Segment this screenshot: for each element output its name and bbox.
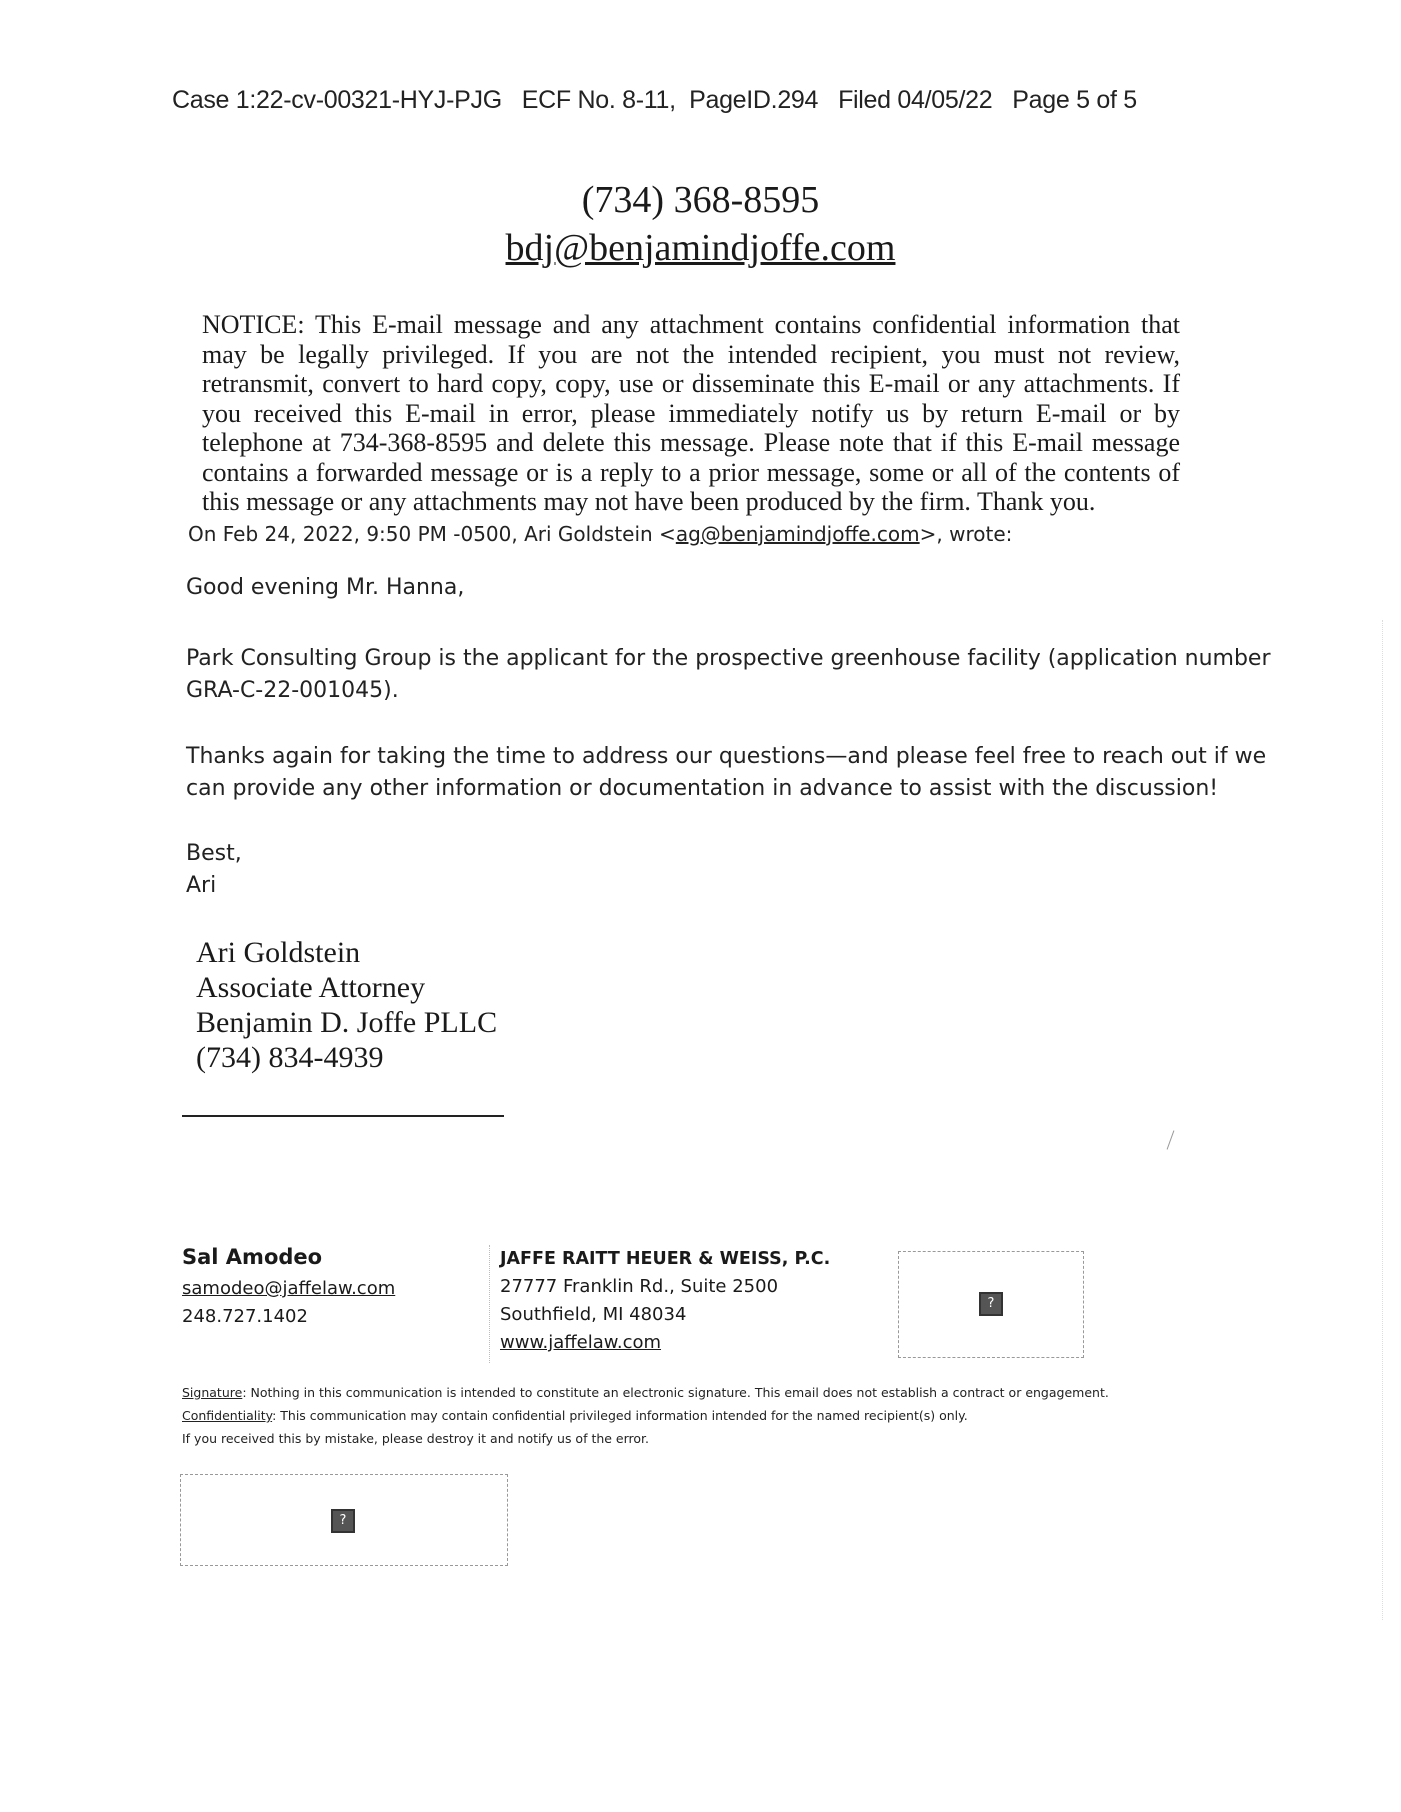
paragraph-1-line-2: GRA-C-22-001045).	[186, 675, 1271, 707]
scan-edge-artifact	[1382, 620, 1383, 1620]
footer-address-line-1: 27777 Franklin Rd., Suite 2500	[500, 1273, 830, 1301]
top-email-text[interactable]: bdj@benjamindjoffe.com	[506, 227, 896, 269]
signature-title: Associate Attorney	[196, 970, 497, 1005]
signature-name: Ari Goldstein	[196, 935, 497, 970]
signature-firm: Benjamin D. Joffe PLLC	[196, 1005, 497, 1040]
signature-disclaimer-text: : Nothing in this communication is inten…	[242, 1385, 1109, 1400]
footer-firm-name: JAFFE RAITT HEUER & WEISS, P.C.	[500, 1245, 830, 1273]
broken-image-icon: ?	[331, 1509, 355, 1533]
quoted-header-prefix: On Feb 24, 2022, 9:50 PM -0500, Ari Gold…	[188, 522, 676, 546]
top-email-link[interactable]: bdj@benjamindjoffe.com	[0, 226, 1401, 270]
broken-image-icon: ?	[979, 1292, 1003, 1316]
paragraph-1-line-1: Park Consulting Group is the applicant f…	[186, 643, 1271, 675]
case-header: Case 1:22-cv-00321-HYJ-PJG ECF No. 8-11,…	[172, 86, 1137, 115]
sender-short-name: Ari	[186, 870, 242, 902]
footer-website-link[interactable]: www.jaffelaw.com	[500, 1329, 830, 1357]
paragraph-2-line-2: can provide any other information or doc…	[186, 773, 1266, 805]
confidentiality-notice: NOTICE: This E-mail message and any atta…	[202, 310, 1180, 517]
footer-email-link[interactable]: samodeo@jaffelaw.com	[182, 1275, 395, 1303]
footer-contact-details: samodeo@jaffelaw.com 248.727.1402	[182, 1275, 395, 1331]
footer-column-divider	[489, 1245, 490, 1363]
signature-disclaimer: Signature: Nothing in this communication…	[182, 1381, 1109, 1404]
paragraph-1: Park Consulting Group is the applicant f…	[186, 643, 1271, 707]
footer-address-line-2: Southfield, MI 48034	[500, 1301, 830, 1329]
greeting: Good evening Mr. Hanna,	[186, 572, 464, 604]
closing-block: Best, Ari	[186, 838, 242, 902]
quoted-header-suffix: >, wrote:	[920, 522, 1013, 546]
footer-banner-placeholder: ?	[180, 1474, 508, 1566]
confidentiality-disclaimer-label: Confidentiality	[182, 1408, 272, 1423]
top-phone: (734) 368-8595	[0, 178, 1401, 222]
quoted-header: On Feb 24, 2022, 9:50 PM -0500, Ari Gold…	[188, 518, 1012, 550]
footer-disclaimers: Signature: Nothing in this communication…	[182, 1381, 1109, 1450]
signature-phone: (734) 834-4939	[196, 1040, 497, 1075]
confidentiality-disclaimer: Confidentiality: This communication may …	[182, 1404, 1109, 1427]
confidentiality-disclaimer-text: : This communication may contain confide…	[272, 1408, 968, 1423]
signature-divider	[182, 1115, 504, 1117]
signature-disclaimer-label: Signature	[182, 1385, 242, 1400]
email-signature: Ari Goldstein Associate Attorney Benjami…	[196, 935, 497, 1075]
paragraph-2: Thanks again for taking the time to addr…	[186, 741, 1266, 805]
footer-contact-name: Sal Amodeo	[182, 1245, 322, 1269]
scan-artifact-mark	[1167, 1130, 1175, 1149]
footer-phone: 248.727.1402	[182, 1303, 395, 1331]
quoted-sender-email-link[interactable]: ag@benjamindjoffe.com	[676, 522, 920, 546]
closing: Best,	[186, 838, 242, 870]
footer-firm-details: JAFFE RAITT HEUER & WEISS, P.C. 27777 Fr…	[500, 1245, 830, 1357]
mistake-disclaimer: If you received this by mistake, please …	[182, 1427, 1109, 1450]
paragraph-2-line-1: Thanks again for taking the time to addr…	[186, 741, 1266, 773]
firm-logo-placeholder: ?	[898, 1251, 1084, 1358]
